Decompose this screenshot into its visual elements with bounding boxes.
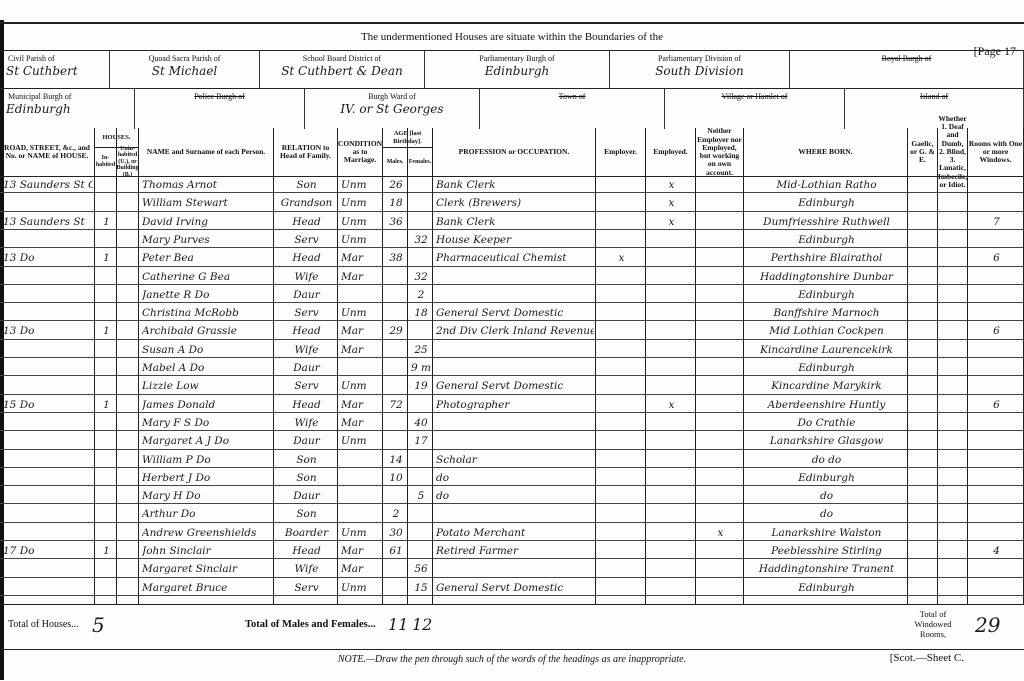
cell-address: 15 Do bbox=[3, 396, 93, 414]
cell-inhabited bbox=[98, 451, 115, 469]
cell-inhabited bbox=[98, 524, 115, 542]
cell-males bbox=[386, 377, 406, 395]
cell-inhabited bbox=[98, 231, 115, 249]
cell-employer: x bbox=[599, 249, 644, 267]
total-females-value: 12 bbox=[412, 615, 432, 634]
cell-employed bbox=[649, 487, 694, 505]
column-rule bbox=[645, 128, 646, 604]
cell-where-born: Dumfriesshire Ruthwell bbox=[747, 213, 906, 231]
cell-employer bbox=[599, 304, 644, 322]
cell-employed bbox=[649, 322, 694, 340]
column-header-where-born: WHERE BORN. bbox=[744, 128, 908, 176]
cell-address: 13 Saunders St bbox=[3, 213, 93, 231]
cell-name: Mary F S Do bbox=[142, 414, 272, 432]
cell-rooms bbox=[971, 286, 1022, 304]
cell-females: 25 bbox=[411, 341, 431, 359]
cell-own-account bbox=[699, 396, 742, 414]
cell-condition: Unm bbox=[341, 432, 381, 450]
cell-rooms bbox=[971, 524, 1022, 542]
cell-own-account bbox=[699, 194, 742, 212]
header_row2-label: Municipal Burgh of bbox=[0, 92, 134, 101]
cell-where-born: do bbox=[747, 487, 906, 505]
table-row: William P DoSon14Scholardo do bbox=[0, 451, 1024, 469]
header_row2-cell-2: Burgh Ward ofIV. or St Georges bbox=[305, 89, 480, 129]
cell-occupation bbox=[436, 359, 594, 377]
header_row1-label: Parliamentary Division of bbox=[610, 54, 789, 63]
cell-inhabited bbox=[98, 359, 115, 377]
column-header-relation: RELATION to Head of Family. bbox=[274, 128, 338, 176]
cell-employer bbox=[599, 505, 644, 523]
cell-occupation bbox=[436, 341, 594, 359]
cell-condition: Unm bbox=[341, 377, 381, 395]
header_row2-label: Burgh Ward of bbox=[305, 92, 479, 101]
column-rule bbox=[937, 128, 938, 604]
cell-rooms bbox=[971, 487, 1022, 505]
cell-employer bbox=[599, 194, 644, 212]
column-rule bbox=[382, 128, 383, 604]
cell-address bbox=[3, 505, 93, 523]
cell-name: William P Do bbox=[142, 451, 272, 469]
cell-address: 13 Saunders St Cont bbox=[3, 176, 93, 194]
cell-inhabited bbox=[98, 304, 115, 322]
column-header-condition: CONDITION as to Marriage. bbox=[338, 128, 383, 176]
cell-females: 15 bbox=[411, 579, 431, 597]
cell-address bbox=[3, 359, 93, 377]
cell-employed: x bbox=[649, 176, 694, 194]
cell-females bbox=[411, 451, 431, 469]
cell-males: 2 bbox=[386, 505, 406, 523]
cell-relation: Wife bbox=[277, 560, 336, 578]
total-houses-label: Total of Houses... bbox=[8, 619, 79, 630]
cell-employer bbox=[599, 231, 644, 249]
cell-relation: Head bbox=[277, 542, 336, 560]
header_row1-value: St Cuthbert bbox=[0, 64, 109, 78]
table-row: 13 Saunders St1David IrvingHeadUnm36Bank… bbox=[0, 213, 1024, 231]
cell-condition: Unm bbox=[341, 176, 381, 194]
cell-address bbox=[3, 487, 93, 505]
row-rule bbox=[0, 192, 1024, 193]
cell-name: Margaret Bruce bbox=[142, 579, 272, 597]
cell-name: Peter Bea bbox=[142, 249, 272, 267]
cell-occupation bbox=[436, 432, 594, 450]
cell-males: 26 bbox=[386, 176, 406, 194]
cell-inhabited bbox=[98, 176, 115, 194]
cell-name: Arthur Do bbox=[142, 505, 272, 523]
row-rule bbox=[0, 595, 1024, 596]
cell-inhabited: 1 bbox=[98, 213, 115, 231]
cell-relation: Son bbox=[277, 469, 336, 487]
cell-address bbox=[3, 304, 93, 322]
cell-relation: Head bbox=[277, 213, 336, 231]
cell-address bbox=[3, 451, 93, 469]
cell-occupation bbox=[436, 286, 594, 304]
cell-condition: Mar bbox=[341, 414, 381, 432]
cell-rooms bbox=[971, 377, 1022, 395]
cell-occupation: Potato Merchant bbox=[436, 524, 594, 542]
cell-rooms bbox=[971, 469, 1022, 487]
cell-name: James Donald bbox=[142, 396, 272, 414]
cell-occupation: Photographer bbox=[436, 396, 594, 414]
cell-females: 17 bbox=[411, 432, 431, 450]
row-rule bbox=[0, 266, 1024, 267]
cell-employed bbox=[649, 359, 694, 377]
totals-row: Total of Houses... 5 Total of Males and … bbox=[0, 604, 1024, 650]
cell-address bbox=[3, 268, 93, 286]
cell-condition bbox=[341, 505, 381, 523]
cell-males: 29 bbox=[386, 322, 406, 340]
cell-males bbox=[386, 359, 406, 377]
column-rule bbox=[94, 128, 95, 604]
cell-relation: Wife bbox=[277, 414, 336, 432]
cell-rooms bbox=[971, 359, 1022, 377]
cell-employer bbox=[599, 560, 644, 578]
column-rule bbox=[967, 128, 968, 604]
cell-where-born: Haddingtonshire Tranent bbox=[747, 560, 906, 578]
cell-rooms bbox=[971, 414, 1022, 432]
row-rule bbox=[0, 485, 1024, 486]
cell-name: Susan A Do bbox=[142, 341, 272, 359]
cell-address: 17 Do bbox=[3, 542, 93, 560]
table-row: 15 Do1James DonaldHeadMar72Photographerx… bbox=[0, 396, 1024, 414]
row-rule bbox=[0, 302, 1024, 303]
table-row: Andrew GreenshieldsBoarderUnm30Potato Me… bbox=[0, 524, 1024, 542]
table-row: Christina McRobbServUnm18General Servt D… bbox=[0, 304, 1024, 322]
column-rule bbox=[595, 128, 596, 604]
cell-employed bbox=[649, 505, 694, 523]
cell-name: Archibald Grassie bbox=[142, 322, 272, 340]
cell-employed: x bbox=[649, 213, 694, 231]
row-rule bbox=[0, 211, 1024, 212]
cell-rooms: 7 bbox=[971, 213, 1022, 231]
cell-females bbox=[411, 249, 431, 267]
cell-inhabited bbox=[98, 579, 115, 597]
cell-own-account bbox=[699, 377, 742, 395]
table-row: Lizzie LowServUnm19General Servt Domesti… bbox=[0, 377, 1024, 395]
cell-where-born: Do Crathie bbox=[747, 414, 906, 432]
header_row2-value: Edinburgh bbox=[0, 102, 134, 116]
cell-inhabited: 1 bbox=[98, 322, 115, 340]
column-rule bbox=[337, 128, 338, 604]
cell-address bbox=[3, 341, 93, 359]
cell-name: Lizzie Low bbox=[142, 377, 272, 395]
cell-rooms bbox=[971, 432, 1022, 450]
cell-males bbox=[386, 432, 406, 450]
cell-rooms bbox=[971, 304, 1022, 322]
cell-occupation bbox=[436, 414, 594, 432]
cell-relation: Wife bbox=[277, 268, 336, 286]
cell-employer bbox=[599, 268, 644, 286]
cell-inhabited bbox=[98, 194, 115, 212]
column-header-inhabited: In-habited bbox=[95, 148, 117, 176]
top-rule bbox=[0, 22, 1024, 24]
table-row: Mary PurvesServUnm32House KeeperEdinburg… bbox=[0, 231, 1024, 249]
header_row1-label: Royal Burgh of bbox=[790, 54, 1023, 63]
cell-address bbox=[3, 194, 93, 212]
cell-occupation: Pharmaceutical Chemist bbox=[436, 249, 594, 267]
header_row2-cell-5: Island of bbox=[845, 89, 1024, 129]
cell-males bbox=[386, 231, 406, 249]
row-rule bbox=[0, 540, 1024, 541]
cell-employed bbox=[649, 231, 694, 249]
header_row1-value: South Division bbox=[610, 64, 789, 78]
form-title: The undermentioned Houses are situate wi… bbox=[0, 31, 1024, 43]
cell-females bbox=[411, 176, 431, 194]
header_row1-cell-1: Quoad Sacra Parish ofSt Michael bbox=[110, 51, 260, 89]
header_row2-cell-4: Village or Hamlet of bbox=[665, 89, 845, 129]
header-rule bbox=[0, 176, 1024, 177]
cell-males: 14 bbox=[386, 451, 406, 469]
cell-occupation: Clerk (Brewers) bbox=[436, 194, 594, 212]
cell-males: 18 bbox=[386, 194, 406, 212]
cell-males: 38 bbox=[386, 249, 406, 267]
cell-condition bbox=[341, 451, 381, 469]
cell-employed bbox=[649, 304, 694, 322]
cell-relation: Head bbox=[277, 322, 336, 340]
cell-condition: Mar bbox=[341, 542, 381, 560]
cell-inhabited: 1 bbox=[98, 249, 115, 267]
cell-relation: Serv bbox=[277, 579, 336, 597]
cell-condition: Unm bbox=[341, 524, 381, 542]
row-rule bbox=[0, 449, 1024, 450]
cell-own-account bbox=[699, 469, 742, 487]
cell-rooms: 4 bbox=[971, 542, 1022, 560]
cell-address bbox=[3, 524, 93, 542]
row-rule bbox=[0, 284, 1024, 285]
table-row: Herbert J DoSon10doEdinburgh bbox=[0, 469, 1024, 487]
cell-where-born: Edinburgh bbox=[747, 359, 906, 377]
cell-inhabited bbox=[98, 377, 115, 395]
cell-condition: Unm bbox=[341, 194, 381, 212]
cell-occupation: Scholar bbox=[436, 451, 594, 469]
cell-where-born: Lanarkshire Glasgow bbox=[747, 432, 906, 450]
cell-rooms bbox=[971, 579, 1022, 597]
cell-own-account bbox=[699, 213, 742, 231]
cell-females: 18 bbox=[411, 304, 431, 322]
cell-relation: Son bbox=[277, 451, 336, 469]
total-houses-value: 5 bbox=[92, 613, 105, 637]
column-rule bbox=[907, 128, 908, 604]
cell-employer bbox=[599, 286, 644, 304]
column-header-employed: Employed. bbox=[646, 128, 696, 176]
column-header-females: Females. bbox=[408, 148, 433, 176]
cell-females bbox=[411, 524, 431, 542]
cell-occupation: Bank Clerk bbox=[436, 213, 594, 231]
cell-employed bbox=[649, 414, 694, 432]
header_row1-value: St Cuthbert & Dean bbox=[260, 64, 424, 78]
cell-address: 13 Do bbox=[3, 322, 93, 340]
row-rule bbox=[0, 375, 1024, 376]
cell-inhabited bbox=[98, 268, 115, 286]
cell-condition: Unm bbox=[341, 579, 381, 597]
row-rule bbox=[0, 247, 1024, 248]
cell-where-born: Edinburgh bbox=[747, 231, 906, 249]
cell-females bbox=[411, 505, 431, 523]
cell-own-account bbox=[699, 341, 742, 359]
cell-own-account: x bbox=[699, 524, 742, 542]
cell-where-born: Edinburgh bbox=[747, 579, 906, 597]
cell-employed bbox=[649, 524, 694, 542]
cell-where-born: do do bbox=[747, 451, 906, 469]
header_row1-cell-0: Civil Parish ofSt Cuthbert bbox=[0, 51, 110, 89]
cell-females bbox=[411, 322, 431, 340]
cell-relation: Boarder bbox=[277, 524, 336, 542]
cell-employed bbox=[649, 341, 694, 359]
cell-males: 61 bbox=[386, 542, 406, 560]
cell-relation: Daur bbox=[277, 286, 336, 304]
cell-inhabited bbox=[98, 505, 115, 523]
cell-own-account bbox=[699, 268, 742, 286]
cell-males bbox=[386, 579, 406, 597]
cell-name: Herbert J Do bbox=[142, 469, 272, 487]
cell-own-account bbox=[699, 359, 742, 377]
cell-females: 5 bbox=[411, 487, 431, 505]
cell-employer bbox=[599, 377, 644, 395]
header_row2-label: Police Burgh of bbox=[135, 92, 304, 101]
total-rooms-label: Total of Windowed Rooms, bbox=[905, 609, 961, 640]
cell-where-born: Edinburgh bbox=[747, 194, 906, 212]
column-header-gaelic: Gaelic, or G. & E. bbox=[908, 128, 938, 176]
row-rule bbox=[0, 339, 1024, 340]
cell-own-account bbox=[699, 579, 742, 597]
cell-relation: Wife bbox=[277, 341, 336, 359]
cell-males bbox=[386, 414, 406, 432]
header_row2-label: Island of bbox=[845, 92, 1023, 101]
row-rule bbox=[0, 577, 1024, 578]
cell-rooms bbox=[971, 268, 1022, 286]
row-rule bbox=[0, 503, 1024, 504]
cell-employer bbox=[599, 359, 644, 377]
cell-males: 72 bbox=[386, 396, 406, 414]
cell-condition bbox=[341, 286, 381, 304]
cell-address bbox=[3, 286, 93, 304]
cell-occupation: General Servt Domestic bbox=[436, 377, 594, 395]
header_row1-label: Parliamentary Burgh of bbox=[425, 54, 609, 63]
sheet-label: [Scot.—Sheet C. bbox=[890, 652, 964, 664]
cell-inhabited bbox=[98, 341, 115, 359]
cell-condition: Unm bbox=[341, 231, 381, 249]
cell-own-account bbox=[699, 432, 742, 450]
column-header-own-account: Neither Employer nor Employed, but worki… bbox=[696, 128, 744, 176]
cell-own-account bbox=[699, 487, 742, 505]
header_row1-value: Edinburgh bbox=[425, 64, 609, 78]
column-header-rooms: Rooms with One or more Windows. bbox=[968, 128, 1024, 176]
row-rule bbox=[0, 229, 1024, 230]
row-rule bbox=[0, 357, 1024, 358]
cell-males: 10 bbox=[386, 469, 406, 487]
cell-where-born: Aberdeenshire Huntly bbox=[747, 396, 906, 414]
cell-address bbox=[3, 560, 93, 578]
cell-rooms bbox=[971, 176, 1022, 194]
cell-employed bbox=[649, 542, 694, 560]
header_row1-label: Civil Parish of bbox=[0, 54, 109, 63]
cell-relation: Son bbox=[277, 505, 336, 523]
cell-rooms: 6 bbox=[971, 396, 1022, 414]
table-row: 13 Saunders St ContThomas ArnotSonUnm26B… bbox=[0, 176, 1024, 194]
header_row1-cell-5: Royal Burgh of bbox=[790, 51, 1024, 89]
cell-relation: Grandson bbox=[277, 194, 336, 212]
cell-own-account bbox=[699, 176, 742, 194]
cell-employer bbox=[599, 213, 644, 231]
cell-name: Thomas Arnot bbox=[142, 176, 272, 194]
cell-rooms bbox=[971, 194, 1022, 212]
cell-employed: x bbox=[649, 194, 694, 212]
cell-employer bbox=[599, 322, 644, 340]
cell-inhabited: 1 bbox=[98, 542, 115, 560]
column-rule bbox=[432, 128, 433, 604]
cell-name: John Sinclair bbox=[142, 542, 272, 560]
column-rule bbox=[743, 128, 744, 604]
cell-relation: Daur bbox=[277, 432, 336, 450]
cell-inhabited bbox=[98, 487, 115, 505]
cell-name: Margaret Sinclair bbox=[142, 560, 272, 578]
cell-name: Catherine G Bea bbox=[142, 268, 272, 286]
cell-employer bbox=[599, 542, 644, 560]
cell-name: Andrew Greenshields bbox=[142, 524, 272, 542]
table-row: Susan A DoWifeMar25Kincardine Laurenceki… bbox=[0, 341, 1024, 359]
column-rule bbox=[116, 128, 117, 604]
cell-males bbox=[386, 304, 406, 322]
cell-females: 2 bbox=[411, 286, 431, 304]
cell-employer bbox=[599, 341, 644, 359]
header_row2-cell-0: Municipal Burgh ofEdinburgh bbox=[0, 89, 135, 129]
cell-condition: Mar bbox=[341, 341, 381, 359]
table-row: 13 Do1Peter BeaHeadMar38Pharmaceutical C… bbox=[0, 249, 1024, 267]
cell-name: Mabel A Do bbox=[142, 359, 272, 377]
cell-own-account bbox=[699, 560, 742, 578]
cell-employer bbox=[599, 432, 644, 450]
cell-name: Christina McRobb bbox=[142, 304, 272, 322]
row-rule bbox=[0, 558, 1024, 559]
header_row1-value: St Michael bbox=[110, 64, 259, 78]
cell-employer bbox=[599, 469, 644, 487]
cell-condition bbox=[341, 359, 381, 377]
table-row: Mary H DoDaur5dodo bbox=[0, 487, 1024, 505]
cell-employed bbox=[649, 268, 694, 286]
header-row-burghs: Municipal Burgh ofEdinburghPolice Burgh … bbox=[0, 88, 1024, 129]
cell-where-born: Edinburgh bbox=[747, 469, 906, 487]
cell-address bbox=[3, 469, 93, 487]
cell-address bbox=[3, 377, 93, 395]
column-header-males: Males. bbox=[383, 148, 408, 176]
cell-occupation: House Keeper bbox=[436, 231, 594, 249]
cell-condition: Unm bbox=[341, 213, 381, 231]
row-rule bbox=[0, 430, 1024, 431]
cell-relation: Serv bbox=[277, 231, 336, 249]
header_row2-label: Village or Hamlet of bbox=[665, 92, 844, 101]
cell-own-account bbox=[699, 505, 742, 523]
cell-condition: Mar bbox=[341, 249, 381, 267]
cell-occupation bbox=[436, 560, 594, 578]
header-row-boundaries: Civil Parish ofSt CuthbertQuoad Sacra Pa… bbox=[0, 50, 1024, 89]
cell-address bbox=[3, 579, 93, 597]
cell-relation: Daur bbox=[277, 487, 336, 505]
cell-name: David Irving bbox=[142, 213, 272, 231]
cell-inhabited bbox=[98, 432, 115, 450]
cell-males bbox=[386, 487, 406, 505]
cell-own-account bbox=[699, 451, 742, 469]
cell-employer bbox=[599, 524, 644, 542]
cell-females: 9 mo bbox=[411, 359, 431, 377]
table-row: Margaret BruceServUnm15General Servt Dom… bbox=[0, 579, 1024, 597]
cell-females bbox=[411, 542, 431, 560]
header_row1-cell-2: School Board District ofSt Cuthbert & De… bbox=[260, 51, 425, 89]
cell-name: Mary Purves bbox=[142, 231, 272, 249]
cell-condition: Mar bbox=[341, 560, 381, 578]
cell-rooms bbox=[971, 451, 1022, 469]
cell-employer bbox=[599, 414, 644, 432]
cell-occupation bbox=[436, 505, 594, 523]
cell-occupation: do bbox=[436, 469, 594, 487]
